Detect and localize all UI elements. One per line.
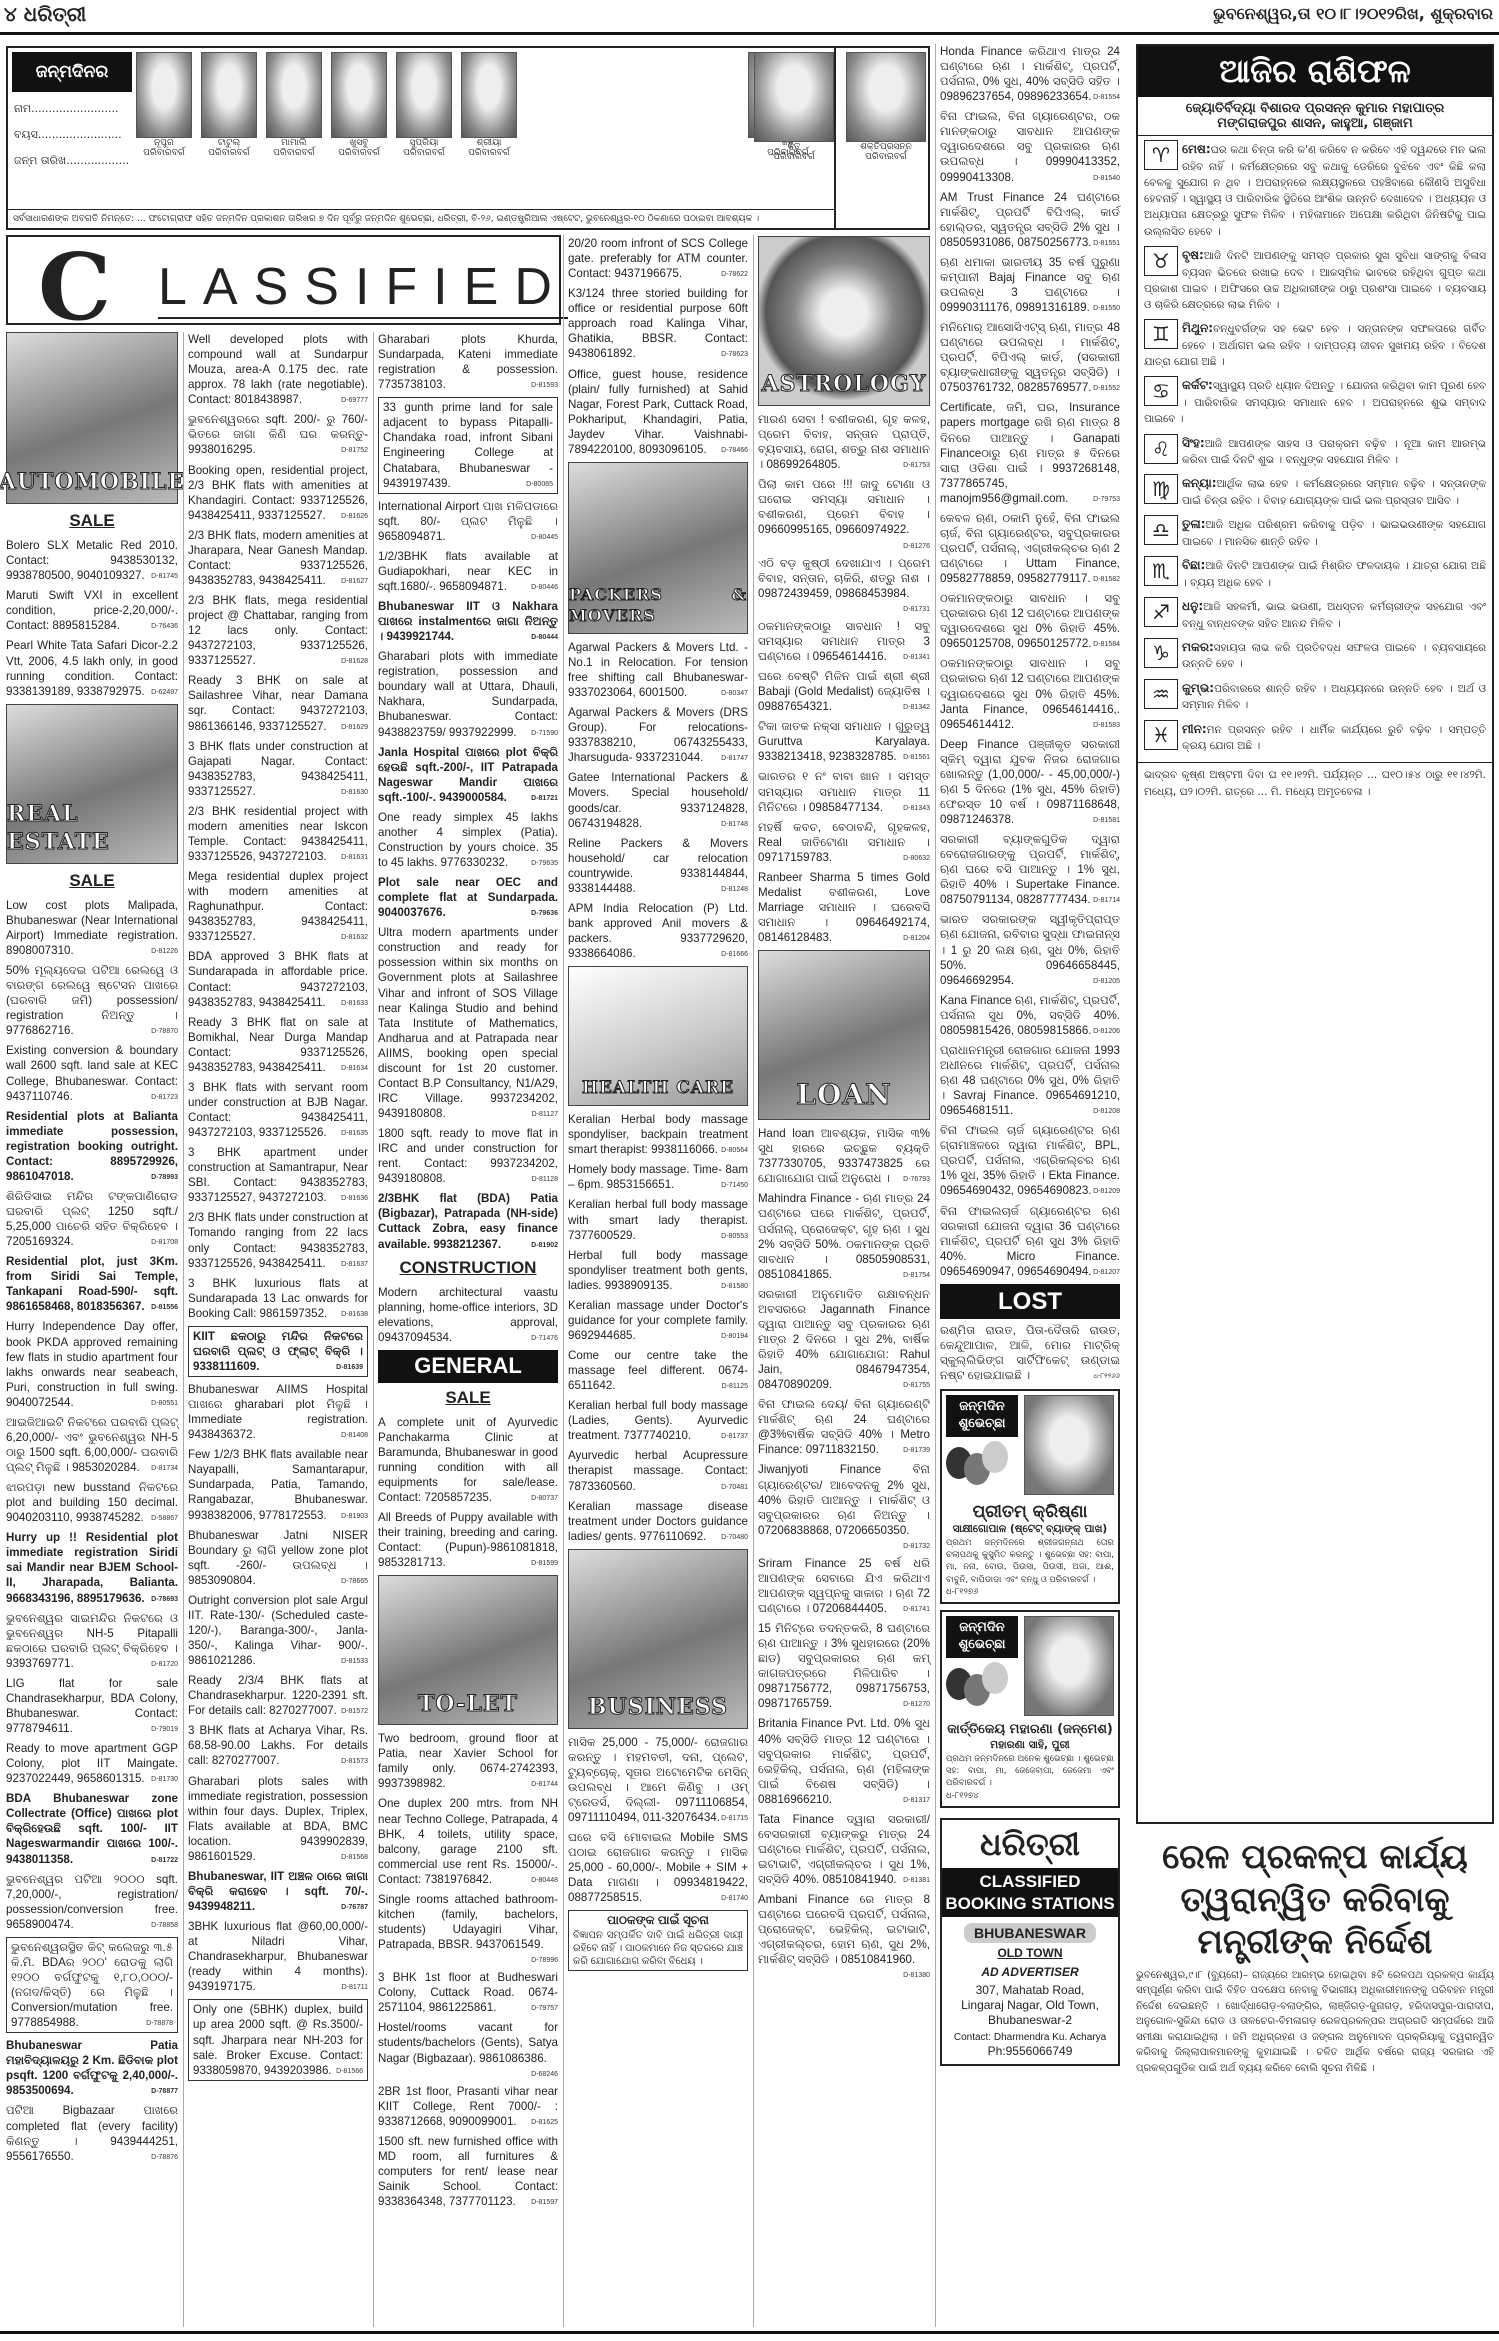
- ad-item: Ready to move apartment GGP Colony, plot…: [6, 1741, 178, 1786]
- ad-item: Keralian massage disease treatment under…: [568, 1499, 748, 1544]
- form-field-age: ବୟସ........................: [14, 128, 122, 142]
- ad-item: 50% ମୂଲ୍ୟଦେଇ ପଟିଆ ରେଲୱେ ଓ ବାରଙ୍ଗ ରେଲୱେ ଷ…: [6, 963, 178, 1038]
- wish-message: ପ୍ରଥମ ଜନ୍ମଦିନରେ ଶ୍ରୀଜଗନ୍ନାଥ ତୋର ଚଲାପଥକୁ …: [946, 1537, 1114, 1586]
- ad-item: Bhubaneswar Patia ମହାବିଦ୍ୟାଳୟରୁ 2 Km. ଛି…: [6, 2038, 178, 2098]
- ad-item: Mega residential duplex project with mod…: [188, 869, 368, 944]
- ad-item: Maruti Swift VXI in excellent condition,…: [6, 588, 178, 633]
- to-let-caption: TO-LET: [418, 1690, 518, 1725]
- kid-card: ମାମାଲିପରିବାରବର୍ଗ: [266, 52, 322, 158]
- automobile-caption: AUTOMOBILE: [0, 468, 185, 503]
- ad-item: 2/3 BHK flats, mega residential project …: [188, 593, 368, 668]
- ad-item: Single rooms attached bathroom-kitchen (…: [378, 1892, 558, 1965]
- ad-item: Gharabari plots Khurda, Sundarpada, Kate…: [378, 332, 558, 392]
- astrologer-name: ଜ୍ୟୋତିର୍ବିଦ୍ୟା ବିଶାରଦ ପ୍ରସନ୍ନ କୁମାର ମହାପ…: [1142, 101, 1488, 116]
- packers-movers-caption: PACKERS & MOVERS: [569, 585, 747, 633]
- wish-title: ଜନ୍ମଦିନ ଶୁଭେଚ୍ଛା: [946, 1616, 1018, 1658]
- ad-item: Keralian herbal full body massage with s…: [568, 1197, 748, 1242]
- ad-item: Reline Packers & Movers household/ car r…: [568, 836, 748, 896]
- column-6: Honda Finance କରିଥାଏ ମାତ୍ର 24 ଘଣ୍ଟାରେ ଋଣ…: [940, 44, 1120, 2066]
- horoscope-sign: ♑ମକର:ସହାୟତା ଲାଭ କରି ପ୍ରତିବଦ୍ଧ ସଫଳତା ପାଇବ…: [1138, 634, 1492, 675]
- ad-item: 2/3 BHK residential project with modern …: [188, 804, 368, 864]
- ad-item: ପଟିଆ Bigbazaar ପାଖରେ completed flat (eve…: [6, 2103, 178, 2163]
- ad-item: 1/2/3BHK flats available at Gudiapokhari…: [378, 549, 558, 594]
- booking-area: OLD TOWN: [946, 1946, 1114, 1962]
- wish-code: ଧ-୮୧୨୭୪: [946, 1790, 1114, 1802]
- leo-icon: ♌: [1144, 434, 1178, 464]
- ad-item: ଠକମାନଙ୍କଠାରୁ ସାବଧାନ । ସବୁ ପ୍ରକାରର ଋଣ 12 …: [940, 656, 1120, 731]
- ad-item: 3 BHK flats with servant room under cons…: [188, 1080, 368, 1140]
- kid-card: ସୁପ୍ରିୟାପରିବାରବର୍ଗ: [396, 52, 452, 158]
- ad-item: One ready simplex 45 lakhs another 4 sim…: [378, 810, 558, 870]
- kid-card: ଟାଟୁଲ୍ପରିବାରବର୍ଗ: [201, 52, 257, 158]
- loan-caption: LOAN: [796, 1077, 891, 1119]
- horoscope-sign: ♌ସିଂହ:ଆଜି ଆପଣଙ୍କ ସାହସ ଓ ପରାକ୍ରମ ବଢ଼ିବ । …: [1138, 430, 1492, 471]
- section-heading-sale: SALE: [378, 1387, 558, 1409]
- ad-item: Keralian herbal full body massage (Ladie…: [568, 1398, 748, 1443]
- ad-item: Britania Finance Pvt. Ltd. 0% ସୁଧ 40% ସବ…: [758, 1716, 930, 1806]
- kid-name: ଖୁସବୁ: [331, 138, 387, 148]
- kid-name: ଟାଟୁଲ୍: [201, 138, 257, 148]
- column-5: ASTROLOGY ମାରଣ ସେବା ! ବଶୀକରଣ, ଗୃହ କଳହ, ପ…: [758, 236, 930, 1986]
- wish-name: ପ୍ରୀତମ୍ କ୍ରିଷ୍ଣା: [946, 1497, 1114, 1523]
- ad-item: Pearl White Tata Safari Dicor-2.2 Vtt, 2…: [6, 638, 178, 698]
- kid-family: ପରିବାରବର୍ଗ: [331, 148, 387, 158]
- ad-item: All Breeds of Puppy available with their…: [378, 1510, 558, 1570]
- ad-item: 20/20 room infront of SCS College gate. …: [568, 236, 748, 281]
- ad-item: ଝାରପଡ଼ା new busstand ନିକଟରେ plot and bui…: [6, 1480, 178, 1525]
- ad-item: 15 ମିନିଟ୍‌ରେ ତଦନ୍ତକରି, 8 ଘଣ୍ଟାରେ ଋଣ ପାଆନ…: [758, 1621, 930, 1711]
- wish-photo: [1024, 1395, 1114, 1495]
- ad-item: 3BHK luxurious flat @60,00,000/- at Nila…: [188, 1919, 368, 1994]
- ad-item: ଠକମାନଙ୍କଠାରୁ ସାବଧାନ । ସବୁ ପ୍ରକାରର ଋଣ 12 …: [940, 591, 1120, 651]
- balloons-icon: [946, 1437, 1026, 1497]
- ad-item: Herbal full body massage spondyliser tre…: [568, 1248, 748, 1293]
- kid-photo: [461, 52, 517, 138]
- ad-item: Few 1/2/3 BHK flats available near Nayap…: [188, 1447, 368, 1522]
- capricorn-icon: ♑: [1144, 638, 1178, 668]
- ad-item: 2/3 BHK flats, modern amenities at Jhara…: [188, 528, 368, 588]
- ad-item: ମାରଣ ସେବା ! ବଶୀକରଣ, ଗୃହ କଳହ, ପ୍ରେମ ବିବାହ…: [758, 412, 930, 472]
- ad-item: Low cost plots Malipada, Bhubaneswar (Ne…: [6, 898, 178, 958]
- ad-item: Bhubaneswar AIIMS Hospital ପାଖରେ gharaba…: [188, 1382, 368, 1442]
- ad-item: ଆଇଜିଆଇଟି ନିକଟରେ ଘରବାରି ପ୍ଲଟ୍ 6,20,000/- …: [6, 1415, 178, 1475]
- ad-item: Bhubaneswar Jatni NISER Boundary ରୁ ଲାଗି…: [188, 1528, 368, 1588]
- lost-notice: ରଶ୍ମିତା ରାଉତ, ପିତା-ଦୈତାରି ରାଉତ, କେନ୍ଦୁଆପ…: [940, 1323, 1120, 1383]
- astrology-image: ASTROLOGY: [758, 236, 930, 406]
- section-heading-sale: SALE: [6, 870, 178, 892]
- dateline: ଭୁବନେଶ୍ୱର,ତା ୧୦।୮।୨୦୧୨ରିଖ, ଶୁକ୍ରବାର: [1213, 4, 1493, 24]
- health-care-image: HEALTH CARE: [568, 966, 748, 1106]
- scorpio-icon: ♏: [1144, 556, 1178, 586]
- balloons-icon: [946, 1658, 1026, 1718]
- column-1: AUTOMOBILE SALE Bolero SLX Metalic Red 2…: [6, 332, 178, 2169]
- ad-item: ଭାରତ ସରକାରଙ୍କ ସ୍ୱୀକୃତିପ୍ରାପ୍ତ ଋଣ ଯୋଜନା, …: [940, 912, 1120, 987]
- ad-item: ମାସିକ 25,000 - 75,000/- ରୋଜଗାର କରନ୍ତୁ । …: [568, 1735, 748, 1825]
- wish-name: କାର୍ତ୍ତିକେୟ ମହାରଣା (ଜନ୍ମେଶ): [946, 1718, 1114, 1739]
- to-let-image: TO-LET: [378, 1575, 558, 1725]
- ad-item: One duplex 200 mtrs. from NH near Techno…: [378, 1796, 558, 1886]
- ad-item: ବିନା ଫାଇଲଚାର୍ଜ ଗ୍ୟାରେଣ୍ଟର ଋଣ ସରକାରୀ ଯୋଜନ…: [940, 1204, 1120, 1279]
- kid-photo: [266, 52, 322, 138]
- booking-heading-line2: BOOKING STATIONS: [945, 1893, 1115, 1914]
- ad-item: Come our centre take the massage feel di…: [568, 1348, 748, 1393]
- ad-item: Agarwal Packers & Movers (DRS Group). Fo…: [568, 705, 748, 765]
- ad-item: ପ୍ରାଧାନମନ୍ତ୍ରୀ ରୋଜଗାର ଯୋଜନା 1993 ଅଧୀନରେ …: [940, 1043, 1120, 1118]
- column-divider: [563, 235, 564, 2327]
- ad-item: AM Trust Finance 24 ଘଣ୍ଟାରେ ମାର୍କଶିଟ୍, ପ…: [940, 190, 1120, 250]
- booking-agency: AD ADVERTISER: [946, 1965, 1114, 1981]
- astrology-caption: ASTROLOGY: [762, 370, 927, 405]
- birthday-title: ଜନ୍ମଦିନର ଶୁଭେଚ୍ଛା: [12, 52, 132, 92]
- ad-item: Jiwanjyoti Finance ବିନା ଗ୍ୟାରେଣ୍ଟର/ ଆବେଦ…: [758, 1462, 930, 1550]
- birthday-strip: ଜନ୍ମଦିନର ଶୁଭେଚ୍ଛା ନାମ...................…: [6, 46, 836, 230]
- booking-city: BHUBANESWAR: [964, 1923, 1096, 1943]
- booking-address-line: 307, Mahatab Road,: [946, 1983, 1114, 1998]
- ad-item: Booking open, residential project, 2/3 B…: [188, 463, 368, 523]
- kid-card: ନୂପୁରପରିବାରବର୍ଗ: [136, 52, 192, 158]
- kid-family: ପରିବାରବର୍ଗ: [846, 152, 926, 162]
- ad-item: Ambani Finance ରେ ମାତ୍ର 8 ଘଣ୍ଟାରେ ଘରେବସି…: [758, 1892, 930, 1980]
- column-2: Well developed plots with compound wall …: [188, 332, 368, 2086]
- libra-icon: ♎: [1144, 515, 1178, 545]
- booking-stations-box: ଧରିତ୍ରୀ CLASSIFIED BOOKING STATIONS BHUB…: [940, 1818, 1120, 2066]
- ad-item: ଭୁବନେଶ୍ୱର ସାଇମନ୍ଦିର ନିକଟରେ ଓ ଭୁବନେଶ୍ୱର N…: [6, 1611, 178, 1671]
- form-field-name: ନାମ.........................: [14, 102, 119, 116]
- ad-item: BDA Bhubaneswar zone Collectrate (Office…: [6, 1791, 178, 1866]
- ad-item: 3 BHK luxurious flats at Sundarapada 13 …: [188, 1276, 368, 1321]
- ad-item: ଘରେ ବସି ମୋବାଇଲ Mobile SMS ପଠାଇ ରୋଜଗାର କର…: [568, 1830, 748, 1905]
- horoscope-sign: ♈ମେଷ:ଘର କଥା ଚିନ୍ତା କରି କ'ଣ କରିବେ ନ କରିବେ…: [1138, 136, 1492, 242]
- horoscope-astrologer: ଜ୍ୟୋତିର୍ବିଦ୍ୟା ବିଶାରଦ ପ୍ରସନ୍ନ କୁମାର ମହାପ…: [1138, 97, 1492, 136]
- taurus-icon: ♉: [1144, 246, 1178, 276]
- horoscope-sign: ♉ବୃଷ:ଆଜି ଦିନଟି ଆପଣଙ୍କୁ ସମସ୍ତ ପ୍ରକାର ସୁଖ …: [1138, 242, 1492, 315]
- ad-item: Hurry up !! Residential plot immediate r…: [6, 1530, 178, 1605]
- ad-item: A complete unit of Ayurvedic Panchakarma…: [378, 1415, 558, 1505]
- ad-item: 3 BHK flats at Acharya Vihar, Rs. 68.58-…: [188, 1723, 368, 1768]
- ad-item: Keralian massage under Doctor's guidance…: [568, 1298, 748, 1343]
- sagittarius-icon: ♐: [1144, 597, 1178, 627]
- ad-item: Keralian Herbal body massage spondyliser…: [568, 1112, 748, 1157]
- wish-message: ପ୍ରଥମ ଜନ୍ମଦିନରେ ଅନେକ ଶୁଭେଚ୍ଛା । ଶୁଭେଚ୍ଛା…: [946, 1753, 1114, 1790]
- form-field-dob: ଜନ୍ମ ତାରିଖ..................: [14, 154, 129, 168]
- ad-item: Tata Finance ଦ୍ୱାରା ସରକାରୀ/ ବେସରକାରୀ ବ୍ୟ…: [758, 1812, 930, 1887]
- kid-family: ପରିବାରବର୍ଗ: [754, 152, 834, 162]
- ad-item: ମନିମୋର୍ ଆସୋସିଏଟ୍ସ୍ ଋଣ, ମାତ୍ର 48 ଘଣ୍ଟାରେ …: [940, 320, 1120, 395]
- ad-item: Gharabari plots with immediate registrat…: [378, 649, 558, 739]
- reader-notice: ପାଠକଙ୍କ ପାଇଁ ସୂଚନା ବିଜ୍ଞାପନ ସମ୍ପର୍କିତ ଦା…: [568, 1910, 748, 1971]
- ad-item: Residential plot, just 3Km. from Siridi …: [6, 1254, 178, 1314]
- section-heading-sale: SALE: [6, 510, 178, 532]
- ad-item: International Airport ପାଖ ମଳିପଡାରେ sqft.…: [378, 499, 558, 544]
- ad-item: ଟିକା ଜାତକ ନକ୍ସା ସମାଧାନ । ଗୁରୁତ୍ୱ Guruttv…: [758, 719, 930, 764]
- ad-item: ଘରେ ବେଷ୍ଟି ମିଳିନ ପାଇଁ ଶ୍ରୀ ଶ୍ରୀ Babaji (…: [758, 669, 930, 714]
- astrologer-place: ମଙ୍ଗରାଜପୁର ଶାସନ, କାହୁଆ, ଗଞ୍ଜାମ: [1142, 116, 1488, 131]
- ad-item: Existing conversion & boundary wall 2600…: [6, 1043, 178, 1103]
- masthead: ୪ ଧରିତ୍ରୀ ଭୁବନେଶ୍ୱର,ତା ୧୦।୮।୨୦୧୨ରିଖ, ଶୁକ…: [0, 0, 1499, 34]
- health-care-caption: HEALTH CARE: [582, 1077, 734, 1105]
- kid-photo: [754, 52, 834, 142]
- kid-family: ପରିବାରବର୍ଗ: [396, 148, 452, 158]
- loan-image: LOAN: [758, 950, 930, 1120]
- ad-item: Ready 3 BHK flat on sale at Bomikhal, Ne…: [188, 1015, 368, 1075]
- kid-family: ପରିବାରବର୍ଗ: [266, 148, 322, 158]
- birthday-wish-card: ଜନ୍ମଦିନ ଶୁଭେଚ୍ଛା କାର୍ତ୍ତିକେୟ ମହାରଣା (ଜନ୍…: [940, 1610, 1120, 1808]
- ad-item: Well developed plots with compound wall …: [188, 332, 368, 407]
- ad-item: ସରକାରୀ ବ୍ୟାଙ୍କଗୁଡିକ ଦ୍ୱାରା ବେରୋଜଗାରଙ୍କୁ …: [940, 832, 1120, 907]
- ad-item: LIG flat for sale Chandrasekharpur, BDA …: [6, 1676, 178, 1736]
- automobile-image: AUTOMOBILE: [6, 332, 178, 504]
- classified-banner: C LASSIFIED: [6, 235, 561, 325]
- booking-address-line: Bhubaneswar-2: [946, 2013, 1114, 2028]
- horoscope-sign: ♒କୁମ୍ଭ:ପରିବାରରେ ଶାନ୍ତି ରହିବ । ଅଧ୍ୟୟନରେ ଉ…: [1138, 675, 1492, 716]
- ad-item: Ready 2/3/4 BHK flats at Chandrasekharpu…: [188, 1673, 368, 1718]
- ad-item: Ready 3 BHK on sale at Sailashree Vihar,…: [188, 673, 368, 733]
- ad-item: K3/124 three storied building for office…: [568, 286, 748, 361]
- cancer-icon: ♋: [1144, 376, 1178, 406]
- wish-photo: [1024, 1616, 1114, 1716]
- ad-item: Deep Finance ପଞ୍ଜୀକୃତ ସରକାରୀ ସ୍କିମ୍ ଦ୍ୱା…: [940, 737, 1120, 827]
- ad-item: Ultra modern apartments under constructi…: [378, 925, 558, 1121]
- top-rule: [0, 32, 1499, 35]
- horoscope-sign: ♐ଧନୁ:ଆଜି ସହକର୍ମୀ, ଭାଇ ଭଉଣୀ, ଅଧସ୍ତନ କର୍ମଚ…: [1138, 593, 1492, 634]
- ad-item: ସରକାରୀ ଅନୁମୋଦିତ ରକ୍ଷାବନ୍ଧନ ଅବସରରେ Jagann…: [758, 1287, 930, 1392]
- birthday-footer-note: ସର୍ବସାଧାରଣଙ୍କ ଅବଗତି ନିମନ୍ତେ: ... ଫଟୋଗ୍ରା…: [8, 209, 834, 228]
- ad-item: 3 BHK flats under construction at Gajapa…: [188, 739, 368, 799]
- ad-item-boxed: 33 gunth prime land for sale adjacent to…: [378, 397, 558, 493]
- birthday-strip-right: ଜିତୁପରିବାରବର୍ଗ ଶକ୍ତିପ୍ରସନ୍ନପରିବାରବର୍ଗ: [750, 46, 930, 230]
- ad-item: କେବଳ ଋଣ, ଠକାମି ନୁହେଁ, ବିନା ଫାଇଲ ଚାର୍ଜ, ବ…: [940, 511, 1120, 586]
- business-image: BUSINESS: [568, 1549, 748, 1729]
- dharitri-logo: ଧରିତ୍ରୀ: [946, 1824, 1114, 1866]
- aries-icon: ♈: [1144, 140, 1178, 170]
- kid-photo: [136, 52, 192, 138]
- ad-item: Two bedroom, ground floor at Patia, near…: [378, 1731, 558, 1791]
- reader-notice-text: ବିଜ୍ଞାପନ ସମ୍ପର୍କିତ ଦାବି ପାଇଁ ଧରିତ୍ରୀ ଦାୟ…: [573, 1929, 743, 1968]
- ad-item: 2BR 1st floor, Prasanti vihar near KIIT …: [378, 2084, 558, 2129]
- section-heading-lost: LOST: [940, 1284, 1120, 1319]
- aquarius-icon: ♒: [1144, 679, 1178, 709]
- birthday-wish-card: ଜନ୍ମଦିନ ଶୁଭେଚ୍ଛା ପ୍ରୀତମ୍ କ୍ରିଷ୍ଣା ସାକ୍ଷୀ…: [940, 1389, 1120, 1604]
- horoscope-sign: ♏ବିଛା:ଆଜି ଦିନଟି ଆପଣଙ୍କ ପାଇଁ ମିଶ୍ରିତ ଫଳଦା…: [1138, 552, 1492, 593]
- horoscope-box: ଆଜିର ରାଶିଫଳ ଜ୍ୟୋତିର୍ବିଦ୍ୟା ବିଶାରଦ ପ୍ରସନ୍…: [1136, 44, 1494, 1824]
- news-body: ଭୁବନେଶ୍ୱର,୯।୮ (ବ୍ୟୁରୋ)– ରାଜ୍ୟରେ ଆରମ୍ଭ ହୋ…: [1136, 1968, 1494, 2077]
- wish-title: ଜନ୍ମଦିନ ଶୁଭେଚ୍ଛା: [946, 1395, 1018, 1437]
- ad-item: Hurry Independence Day offer, book PKDA …: [6, 1319, 178, 1409]
- ad-item: ଭୁବନେଶ୍ୱର ପଟିଆ ୨୦୦୦ sqft. 7,20,000/-, re…: [6, 1872, 178, 1932]
- gemini-icon: ♊: [1144, 319, 1178, 349]
- ad-item: ଭୁବନେଶ୍ୱରରେ sqft. 200/- ରୁ 760/- ଭିତରେ ଜ…: [188, 412, 368, 457]
- column-divider: [373, 332, 374, 2327]
- ad-item: ଶିରିଡିସାଇ ମନ୍ଦିର ଟଙ୍କପାଣିରୋଡ ଘରବାରି ପ୍ଲଟ…: [6, 1189, 178, 1249]
- kid-photo: [201, 52, 257, 138]
- classified-initial: C: [38, 233, 111, 341]
- section-heading-general: GENERAL: [378, 1350, 558, 1383]
- ad-item: Bhubaneswar, IIT ଅଞ୍ଚଳ ଠାରେ ଜାଗା ବିକ୍ରି …: [188, 1869, 368, 1914]
- booking-heading: CLASSIFIED BOOKING STATIONS: [942, 1868, 1118, 1917]
- ad-item: Mahindra Finance - ଋଣ ମାତ୍ର 24 ଘଣ୍ଟାରେ ଘ…: [758, 1191, 930, 1281]
- pisces-icon: ♓: [1144, 720, 1178, 750]
- panjika-note: ଭାଦ୍ରବ କୃଷ୍ଣ ଅଷ୍ଟମୀ ଦିବା ଘ ୧୧।୧୨ମି. ପର୍ଯ…: [1138, 762, 1492, 802]
- ad-item: 2/3 BHK flats under construction at Toma…: [188, 1210, 368, 1270]
- ad-item-boxed: KIIT ଛକଠାରୁ ମନ୍ଦିର ନିକଟରେ ଘରବାରି ପ୍ଲଟ୍ ଓ…: [188, 1326, 368, 1377]
- page-number: ୪ ଧରିତ୍ରୀ: [4, 2, 86, 26]
- ad-item: Honda Finance କରିଥାଏ ମାତ୍ର 24 ଘଣ୍ଟାରେ ଋଣ…: [940, 44, 1120, 104]
- ad-item: Ranbeer Sharma 5 times Gold Medalist ବଶୀ…: [758, 870, 930, 945]
- kid-family: ପରିବାରବର୍ଗ: [136, 148, 192, 158]
- kid-family: ପରିବାରବର୍ଗ: [201, 148, 257, 158]
- kid-name: ଶ୍ରୀୟା: [461, 138, 517, 148]
- ad-item: ମହର୍ଷି କବଚ, ବେଠାବନ୍ଦି, ଗୃହକଳହ, Real ଜାତି…: [758, 820, 930, 865]
- ad-item: 1500 sft. new furnished office with MD r…: [378, 2134, 558, 2209]
- ad-item: Bhubaneswar IIT ଓ Nakhara ପାଖରେ instalme…: [378, 599, 558, 644]
- ad-item: 3 BHK apartment under construction at Sa…: [188, 1145, 368, 1205]
- ad-item-boxed: Only one (5BHK) duplex, build up area 20…: [188, 1999, 368, 2080]
- real-estate-image: REAL ESTATE: [6, 704, 178, 864]
- ad-item: Homely body massage. Time- 8am – 6pm. 98…: [568, 1162, 748, 1192]
- booking-contact: Contact: Dharmendra Ku. Acharya: [946, 2031, 1114, 2044]
- ad-item: Ayurvedic herbal Acupressure therapist m…: [568, 1448, 748, 1493]
- ad-item: Sriram Finance 25 ବର୍ଷ ଧରି ଆପଣଙ୍କ ସେବାରେ…: [758, 1556, 930, 1616]
- column-3: Gharabari plots Khurda, Sundarpada, Kate…: [378, 332, 558, 2214]
- ad-item: ବିନା ଫାଇଲ ଦେୟ/ ବିନା ଗ୍ୟାରେଣ୍ଟି ମାର୍କଶିଟ୍…: [758, 1397, 930, 1457]
- column-divider: [753, 235, 754, 2327]
- kid-name: ଶକ୍ତିପ୍ରସନ୍ନ: [846, 142, 926, 152]
- booking-phone: Ph:9556066749: [946, 2044, 1114, 2060]
- horoscope-sign: ♍କନ୍ୟା:ଆର୍ଥିକ ଲାଭ ହେବ । କର୍ମକ୍ଷେତ୍ରରେ ସମ…: [1138, 470, 1492, 511]
- real-estate-caption: REAL ESTATE: [7, 800, 177, 863]
- kid-photo: [396, 52, 452, 138]
- ad-item: ବିନା ଫାଇଲ ଚାର୍ଜ ଗ୍ୟାରେଣ୍ଟର ଋଣ ଗ୍ରାମାଞ୍ଚଳ…: [940, 1123, 1120, 1198]
- column-divider: [935, 44, 936, 2327]
- ad-item: Certificate, ଜମି, ଘର, Insurance papers m…: [940, 400, 1120, 505]
- news-headline: ରେଳ ପ୍ରକଳ୍ପ କାର୍ଯ୍ୟ ତ୍ୱରାନ୍ୱିତ କରିବାକୁ ମ…: [1136, 1836, 1494, 1964]
- ad-item: Residential plots at Balianta immediate …: [6, 1109, 178, 1184]
- ad-item: Kana Finance ଋଣ, ମାର୍କଶିଟ୍, ପ୍ରପର୍ଟି, ପର…: [940, 993, 1120, 1038]
- column-divider: [183, 332, 184, 2327]
- kid-family: ପରିବାରବର୍ଗ: [461, 148, 517, 158]
- horoscope-title: ଆଜିର ରାଶିଫଳ: [1138, 46, 1492, 97]
- ad-item: ଋଣ ଧମାକା ଭାରତୀୟ 35 ବର୍ଷ ପୁରୁଣା କମ୍ପାନୀ B…: [940, 255, 1120, 315]
- virgo-icon: ♍: [1144, 474, 1178, 504]
- ad-item: ପିଲା କାମ ପରେ !!! ଜାଦୁ ଟୋଣା ଓ ଘରୋଇ ସମସ୍ୟା…: [758, 477, 930, 550]
- ad-item: Gharabari plots sales with immediate reg…: [188, 1774, 368, 1864]
- kid-card: ଜିତୁପରିବାରବର୍ଗ: [754, 52, 834, 162]
- kid-photo: [846, 52, 926, 142]
- section-heading-construction: CONSTRUCTION: [378, 1257, 558, 1279]
- ad-item: ବିନା ଫାଇଲ, ବିନା ଗ୍ୟାରେଣ୍ଟର, ଠକ ମାନଙ୍କଠାର…: [940, 109, 1120, 184]
- booking-heading-line1: CLASSIFIED: [945, 1871, 1115, 1892]
- horoscope-sign: ♋କର୍କଟ:ସ୍ୱାସ୍ଥ୍ୟ ପ୍ରତି ଧ୍ୟାନ ଦିଅନ୍ତୁ । ଯ…: [1138, 372, 1492, 429]
- kid-name: ନୂପୁର: [136, 138, 192, 148]
- wish-address: ମହାରଣା ସାହି, ପୁରୀ: [946, 1739, 1114, 1753]
- ad-item: ଏଠି ବଡ଼ କୁଷ୍ଠୀ ଦେଖାଯାଏ । ପ୍ରେମ ବିବାହ, ସନ…: [758, 556, 930, 614]
- ad-item: 2/3BHK flat (BDA) Patia (Bigbazar), Patr…: [378, 1191, 558, 1251]
- ad-item: Plot sale near OEC and complete flat at …: [378, 875, 558, 920]
- ad-item: Hand loan ଆବଶ୍ୟକ, ମାସିକ ୩% ସୁଧ ହାରରେ ଇଚ୍…: [758, 1126, 930, 1186]
- horoscope-sign: ♓ମୀନ:ମନ ପ୍ରସନ୍ନ ରହିବ । ଧାର୍ମିକ କାର୍ଯ୍ୟରେ…: [1138, 716, 1492, 757]
- ad-item: Outright conversion plot sale Argul IIT.…: [188, 1593, 368, 1668]
- kid-card: ଶକ୍ତିପ୍ରସନ୍ନପରିବାରବର୍ଗ: [846, 52, 926, 162]
- ad-item: Office, guest house, residence (plain/ f…: [568, 367, 748, 457]
- ad-item: Modern architectural vaastu planning, ho…: [378, 1285, 558, 1345]
- ad-item: Janla Hospital ପାଖରେ plot ବିକ୍ରି ହେଉଛି s…: [378, 745, 558, 805]
- ad-item: 3 BHK 1st floor at Budheswari Colony, Cu…: [378, 1970, 558, 2015]
- packers-movers-image: PACKERS & MOVERS: [568, 462, 748, 634]
- kid-name: ମାମାଲି: [266, 138, 322, 148]
- column-4: 20/20 room infront of SCS College gate. …: [568, 236, 748, 1976]
- horoscope-sign: ♎ତୁଳା:ଆଜି ଅଧିକ ପରିଶ୍ରମ କରିବାକୁ ପଡ଼ିବ । ଭ…: [1138, 511, 1492, 552]
- kid-photo: [331, 52, 387, 138]
- kid-name: ସୁପ୍ରିୟା: [396, 138, 452, 148]
- wish-code: ଧ-୮୧୨୭୬: [946, 1586, 1114, 1598]
- ad-item: APM India Relocation (P) Ltd. bank appro…: [568, 901, 748, 961]
- booking-address-line: Lingaraj Nagar, Old Town,: [946, 1998, 1114, 2013]
- ad-item: 1800 sqft. ready to move flat in IRC and…: [378, 1126, 558, 1186]
- ad-item-boxed: ଭୁବନେଶ୍ୱରସ୍ଥିତ କିଟ୍ କଲେଜରୁ ୩.୫ କି.ମି. BD…: [6, 1937, 178, 2033]
- ad-item: ଭାରତର ୧ ନଂ ବାବା ଖାନ । ସମସ୍ତ ସମସ୍ୟାର ସମାଧ…: [758, 769, 930, 814]
- wish-address: ସାକ୍ଷୀଗୋପାଳ (ଷ୍ଟେଟ୍ ବ୍ୟାଙ୍କ୍ ପାଖ): [946, 1523, 1114, 1537]
- kid-card: ଶ୍ରୀୟାପରିବାରବର୍ଗ: [461, 52, 517, 158]
- kid-name: ଜିତୁ: [754, 142, 834, 152]
- ad-item: Bolero SLX Metalic Red 2010. Contact: 94…: [6, 538, 178, 583]
- ad-item: Agarwal Packers & Movers Ltd. - No.1 in …: [568, 640, 748, 700]
- ad-item: Hostel/rooms vacant for students/bachelo…: [378, 2020, 558, 2078]
- bottom-rule: [0, 2331, 1499, 2334]
- ad-item: BDA approved 3 BHK flats at Sundarapada …: [188, 949, 368, 1009]
- ad-item: Gatee International Packers & Movers. Sp…: [568, 770, 748, 830]
- horoscope-sign: ♊ମିଥୁନ:ବନ୍ଧୁବର୍ଗଙ୍କ ସହ ଭେଟ ହେବ । ସନ୍ତାନଙ…: [1138, 315, 1492, 372]
- ad-item: ଠକମାନଙ୍କଠାରୁ ସାବଧାନ ! ସବୁ ସମସ୍ୟାର ସମାଧାନ…: [758, 619, 930, 664]
- business-caption: BUSINESS: [588, 1693, 728, 1728]
- kid-card: ଖୁସବୁପରିବାରବର୍ଗ: [331, 52, 387, 158]
- reader-notice-title: ପାଠକଙ୍କ ପାଇଁ ସୂଚନା: [573, 1913, 743, 1929]
- news-article: ରେଳ ପ୍ରକଳ୍ପ କାର୍ଯ୍ୟ ତ୍ୱରାନ୍ୱିତ କରିବାକୁ ମ…: [1136, 1836, 1494, 2076]
- classified-word: LASSIFIED: [158, 257, 568, 319]
